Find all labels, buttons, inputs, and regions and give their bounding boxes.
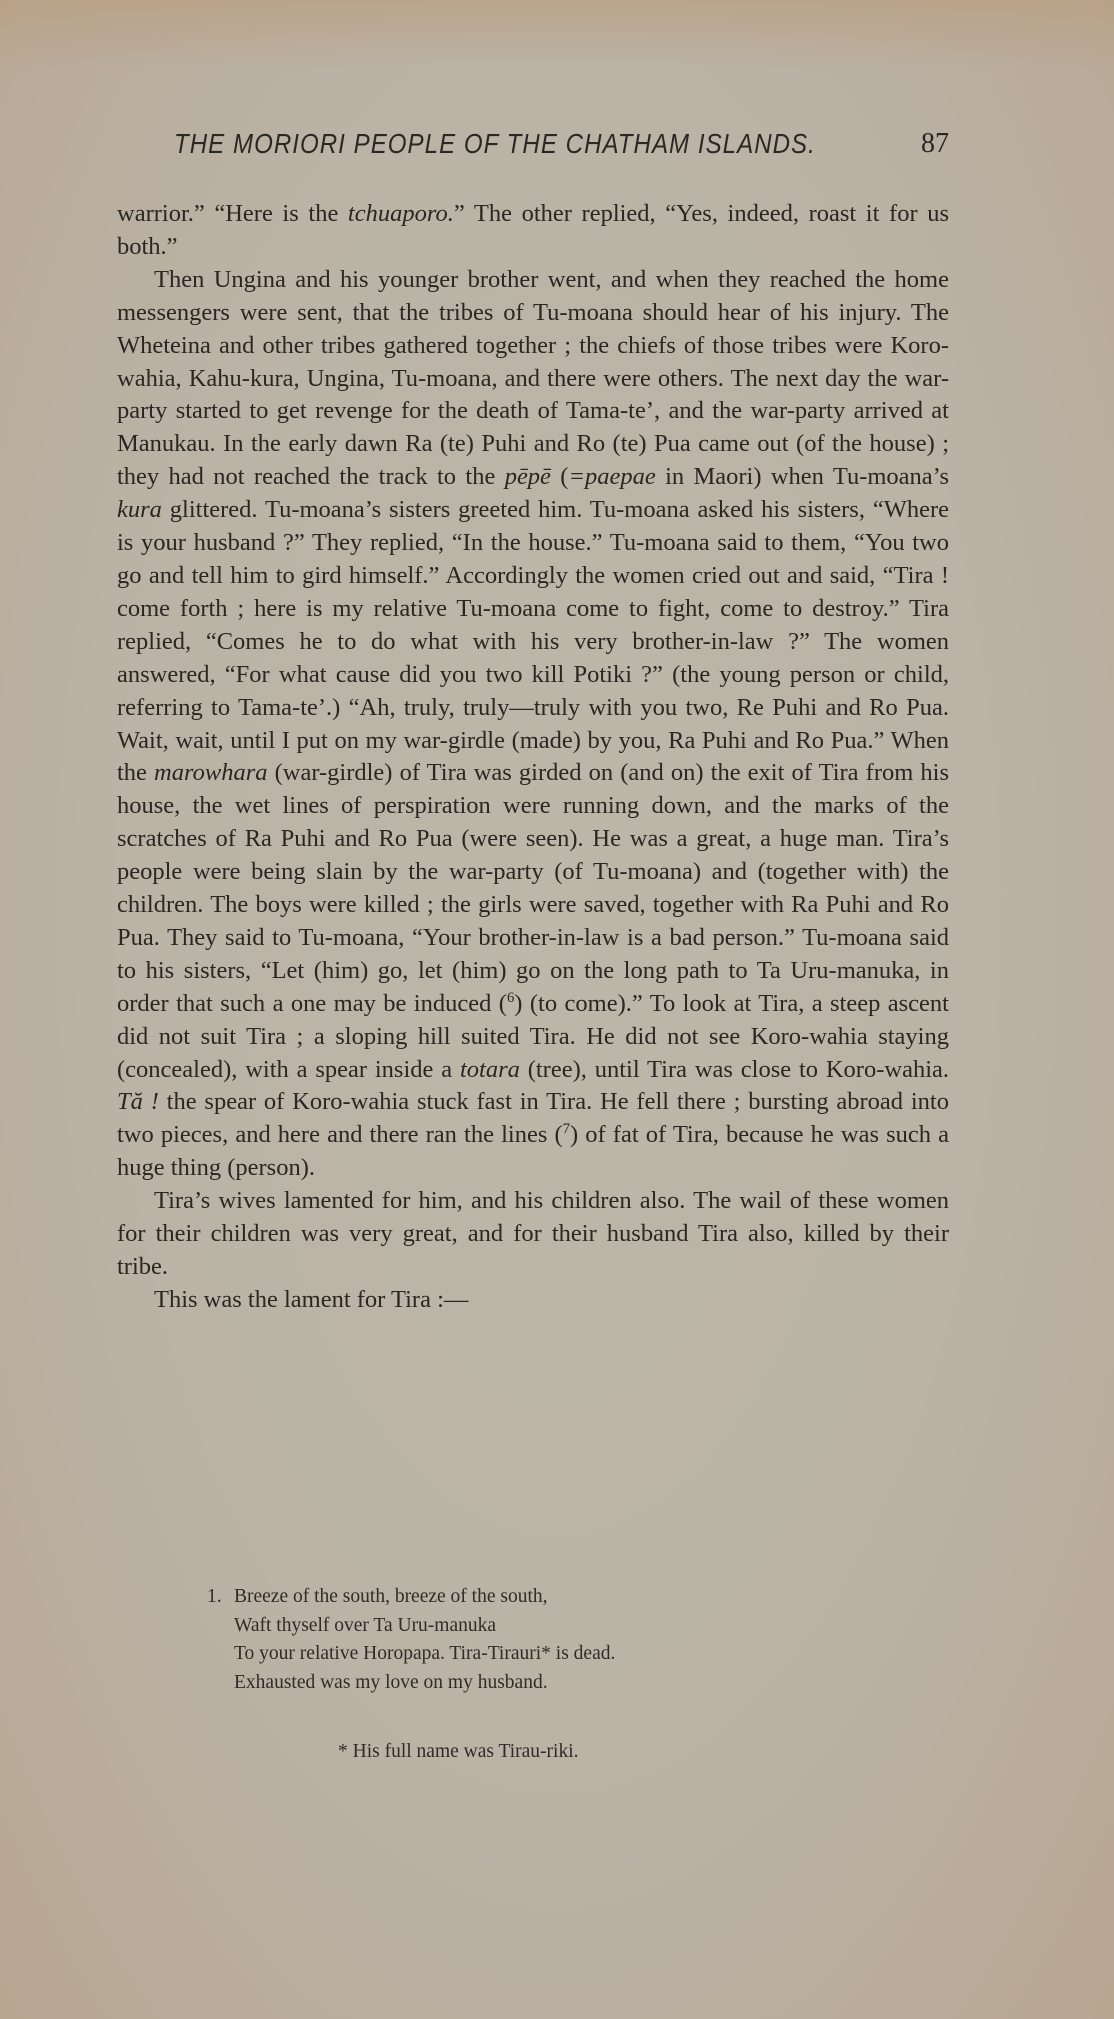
lament-line: Exhausted was my love on my husband. (207, 1669, 615, 1698)
note-reference: (7) (554, 1121, 578, 1148)
footnote: * His full name was Tirau-riki. (338, 1741, 578, 1763)
lament-line: 1.Breeze of the south, breeze of the sou… (207, 1583, 615, 1612)
verse-number: 1. (207, 1583, 234, 1612)
footnote-marker: * (338, 1741, 348, 1762)
footnote-text: His full name was Tirau-riki. (353, 1741, 579, 1762)
running-title: THE MORIORI PEOPLE OF THE CHATHAM ISLAND… (174, 128, 816, 160)
lament-line: Waft thyself over Ta Uru-manuka (207, 1612, 615, 1641)
paragraph: This was the lament for Tira :— (117, 1284, 949, 1317)
italic-term: Tă ! (117, 1088, 159, 1115)
lament-verse: 1.Breeze of the south, breeze of the sou… (207, 1583, 615, 1697)
page-stain (0, 0, 1114, 70)
italic-term: marowhara (154, 759, 267, 786)
running-head: THE MORIORI PEOPLE OF THE CHATHAM ISLAND… (117, 128, 949, 168)
italic-term: pēpē (505, 463, 551, 490)
body-text: warrior.” “Here is the tchuaporo.” The o… (117, 198, 949, 1317)
page-number: 87 (921, 128, 949, 160)
lament-line: To your relative Horopapa. Tira-Tirauri*… (207, 1640, 615, 1669)
note-reference: (6) (499, 990, 523, 1017)
book-page: THE MORIORI PEOPLE OF THE CHATHAM ISLAND… (0, 0, 1114, 2019)
italic-term: totara (460, 1056, 520, 1083)
paragraph: warrior.” “Here is the tchuaporo.” The o… (117, 198, 949, 264)
italic-term: kura (117, 496, 162, 523)
paragraph: Tira’s wives lamented for him, and his c… (117, 1185, 949, 1284)
paragraph: Then Ungina and his younger brother went… (117, 264, 949, 1185)
italic-term: tchuaporo. (348, 200, 454, 227)
italic-term: =paepae (568, 463, 655, 490)
